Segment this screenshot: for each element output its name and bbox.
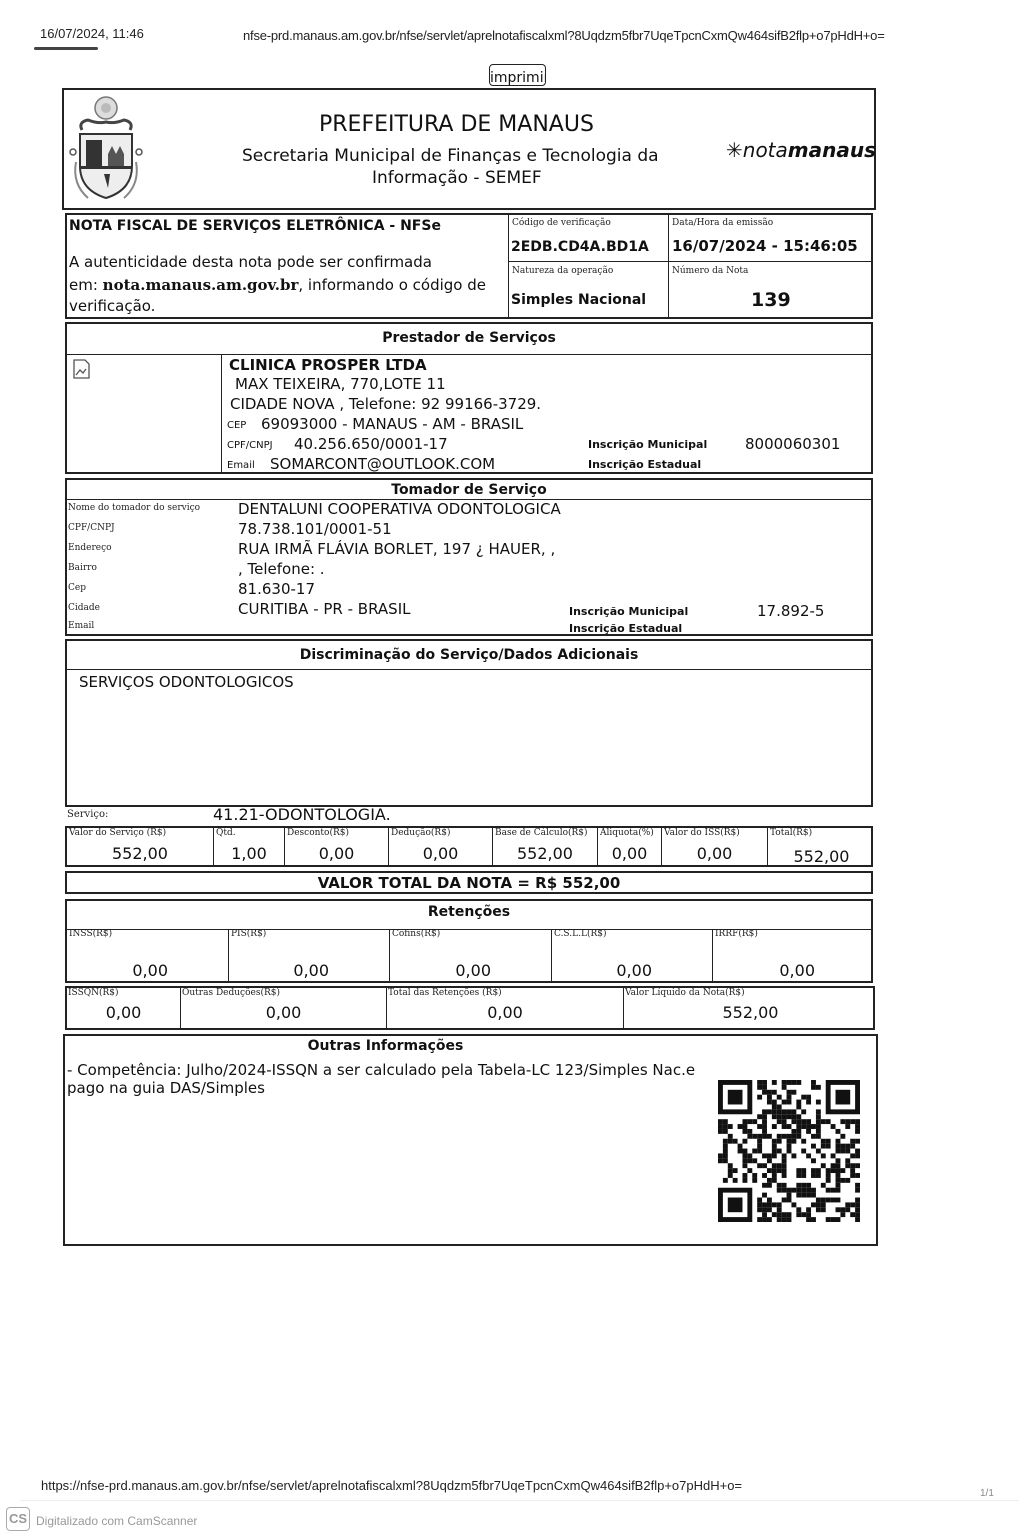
camscanner-logo-icon: CS	[6, 1507, 30, 1531]
qr-code-icon[interactable]	[718, 1076, 860, 1226]
outras-line2: pago na guia DAS/Simples	[67, 1079, 265, 1097]
retencao-cell: ISSQN(R$)0,00	[67, 988, 180, 1028]
valor-cell: Dedução(R$)0,00	[388, 828, 492, 865]
retencao-value: 552,00	[624, 1003, 877, 1022]
valor-value: 552,00	[67, 844, 213, 863]
prestador-section-title: Prestador de Serviços	[67, 330, 871, 346]
valor-label: Desconto(R$)	[287, 828, 349, 838]
tomador-field-label: Bairro	[68, 563, 97, 573]
camscanner-watermark: Digitalizado com CamScanner	[36, 1514, 197, 1528]
retencao-label: Total das Retenções (R$)	[388, 988, 502, 998]
valor-cell: Qtd.1,00	[213, 828, 284, 865]
retencao-label: C.S.L.L(R$)	[554, 929, 606, 939]
valor-value: 0,00	[598, 844, 661, 863]
retencao-value: 0,00	[616, 961, 652, 980]
prestador-cnpj-value: 40.256.650/0001-17	[294, 435, 448, 453]
tomador-section-title: Tomador de Serviço	[67, 482, 871, 498]
valor-cell: Valor do ISS(R$)0,00	[661, 828, 767, 865]
valor-value: 0,00	[285, 844, 388, 863]
tomador-box: Tomador de Serviço Nome do tomador do se…	[65, 478, 873, 636]
natureza-value: Simples Nacional	[511, 292, 646, 308]
pen-mark	[34, 47, 98, 50]
data-emissao-label: Data/Hora da emissão	[672, 218, 773, 228]
valor-value: 0,00	[389, 844, 492, 863]
retencao-value: 0,00	[387, 1003, 623, 1022]
natureza-label: Natureza da operação	[512, 266, 613, 276]
page-number: 1/1	[980, 1488, 994, 1499]
header-title: PREFEITURA DE MANAUS	[319, 112, 594, 137]
tomador-field-value: DENTALUNI COOPERATIVA ODONTOLOGICA	[238, 500, 561, 518]
retencao-label: ISSQN(R$)	[68, 988, 119, 998]
valor-value: 1,00	[214, 844, 284, 863]
tomador-field-value: , Telefone: .	[238, 560, 325, 578]
header-box: PREFEITURA DE MANAUS Secretaria Municipa…	[62, 88, 876, 210]
auth-line3: verificação.	[69, 297, 155, 315]
tomador-field-label: Nome do tomador do serviço	[68, 503, 200, 513]
auth-site-link[interactable]: nota.manaus.am.gov.br	[103, 276, 299, 294]
prestador-email-label: Email	[227, 460, 255, 471]
coat-of-arms-icon	[68, 94, 144, 206]
valor-cell: Total(R$)552,00	[767, 828, 875, 865]
auth-line2: em: nota.manaus.am.gov.br, informando o …	[69, 276, 486, 294]
valor-label: Base de Cálculo(R$)	[495, 828, 588, 838]
retencao-cell: Total das Retenções (R$)0,00	[386, 988, 623, 1028]
retencao-label: IRRF(R$)	[715, 929, 758, 939]
tomador-field-label: Cidade	[68, 603, 100, 613]
prestador-name: CLINICA PROSPER LTDA	[229, 356, 427, 374]
numero-nota-label: Número da Nota	[672, 266, 748, 276]
numero-nota-value: 139	[751, 289, 791, 311]
valor-label: Aliquota(%)	[600, 828, 654, 838]
valor-cell: Aliquota(%)0,00	[597, 828, 661, 865]
retencao-cell: C.S.L.L(R$)0,00	[551, 929, 712, 981]
tomador-field-value: 78.738.101/0001-51	[238, 520, 392, 538]
retencao-cell: Outras Deduções(R$)0,00	[180, 988, 386, 1028]
prestador-box: Prestador de Serviços CLINICA PROSPER LT…	[65, 322, 873, 474]
discriminacao-box: Discriminação do Serviço/Dados Adicionai…	[65, 639, 873, 807]
prestador-cnpj-label: CPF/CNPJ	[227, 440, 273, 451]
valor-label: Dedução(R$)	[391, 828, 450, 838]
retencao-value: 0,00	[132, 961, 168, 980]
tomador-field-label: Email	[68, 621, 94, 631]
tomador-field-value: 81.630-17	[238, 580, 315, 598]
tomador-field-label: Cep	[68, 583, 86, 593]
valor-label: Valor do ISS(R$)	[664, 828, 740, 838]
valor-value: 552,00	[493, 844, 597, 863]
valores-box: Valor do Serviço (R$)552,00Qtd.1,00Desco…	[65, 826, 873, 867]
servico-value: 41.21-ODONTOLOGIA.	[213, 805, 391, 824]
retencao-label: INSS(R$)	[69, 929, 112, 939]
prestador-cep-label: CEP	[227, 420, 246, 431]
prestador-insc-estadual-label: Inscrição Estadual	[588, 458, 701, 471]
asterisk-icon: ✳	[726, 138, 743, 162]
retencao-value: 0,00	[779, 961, 815, 980]
broken-image-icon	[71, 358, 95, 382]
outras-section-title: Outras Informações	[65, 1038, 876, 1054]
tomador-field-label: CPF/CNPJ	[68, 523, 115, 533]
prestador-district-phone: CIDADE NOVA , Telefone: 92 99166-3729.	[230, 395, 541, 413]
tomador-insc-estadual-label: Inscrição Estadual	[569, 622, 682, 635]
tomador-insc-municipal-label: Inscrição Municipal	[569, 605, 688, 618]
retencao-value: 0,00	[455, 961, 491, 980]
retencao-label: PIS(R$)	[231, 929, 266, 939]
retencao-value: 0,00	[181, 1003, 386, 1022]
header-subtitle-line1: Secretaria Municipal de Finanças e Tecno…	[242, 146, 659, 166]
valor-cell: Desconto(R$)0,00	[284, 828, 388, 865]
data-emissao-value: 16/07/2024 - 15:46:05	[672, 237, 858, 255]
retencao-value: 0,00	[67, 1003, 180, 1022]
header-subtitle-line2: Informação - SEMEF	[372, 168, 542, 188]
servico-label: Serviço:	[67, 809, 108, 820]
notamanaus-logo: ✳notamanaus	[726, 138, 876, 162]
retencao-cell: Cofins(R$)0,00	[389, 929, 551, 981]
valor-label: Total(R$)	[770, 828, 812, 838]
prestador-address: MAX TEIXEIRA, 770,LOTE 11	[235, 375, 446, 393]
nfse-doc-title: NOTA FISCAL DE SERVIÇOS ELETRÔNICA - NFS…	[69, 218, 441, 234]
valor-cell: Valor do Serviço (R$)552,00	[67, 828, 213, 865]
valor-total-box: VALOR TOTAL DA NOTA = R$ 552,00	[65, 871, 873, 894]
tomador-insc-municipal-value: 17.892-5	[757, 602, 824, 620]
retencao-cell: INSS(R$)0,00	[67, 929, 228, 981]
valor-value: 0,00	[662, 844, 767, 863]
prestador-insc-municipal-value: 8000060301	[745, 435, 840, 453]
prestador-insc-municipal-label: Inscrição Municipal	[588, 438, 707, 451]
valor-label: Qtd.	[216, 828, 236, 838]
nfse-info-box: NOTA FISCAL DE SERVIÇOS ELETRÔNICA - NFS…	[65, 213, 873, 319]
retencao-label: Outras Deduções(R$)	[182, 988, 280, 998]
retencao-cell: Valor Líquido da Nota(R$)552,00	[623, 988, 877, 1028]
retencao-cell: PIS(R$)0,00	[228, 929, 389, 981]
outras-line1: - Competência: Julho/2024-ISSQN a ser ca…	[67, 1061, 695, 1079]
footer-divider	[20, 1500, 1019, 1501]
retencoes-box: Retenções INSS(R$)0,00PIS(R$)0,00Cofins(…	[65, 899, 873, 983]
retencao-label: Cofins(R$)	[392, 929, 440, 939]
discriminacao-section-title: Discriminação do Serviço/Dados Adicionai…	[67, 647, 871, 663]
print-button[interactable]: imprimir	[489, 64, 546, 86]
retencoes-section-title: Retenções	[67, 904, 871, 920]
outras-info-box: Outras Informações - Competência: Julho/…	[63, 1034, 878, 1246]
tomador-field-label: Endereço	[68, 543, 112, 553]
page-url: nfse-prd.manaus.am.gov.br/nfse/servlet/a…	[243, 28, 885, 43]
tomador-field-value: RUA IRMÃ FLÁVIA BORLET, 197 ¿ HAUER, ,	[238, 540, 555, 558]
retencao-value: 0,00	[293, 961, 329, 980]
footer-url: https://nfse-prd.manaus.am.gov.br/nfse/s…	[41, 1478, 742, 1493]
discriminacao-text: SERVIÇOS ODONTOLOGICOS	[79, 673, 294, 691]
valor-value: 552,00	[768, 847, 875, 866]
codigo-label: Código de verificação	[512, 218, 611, 228]
print-datetime: 16/07/2024, 11:46	[40, 26, 144, 41]
tomador-field-value: CURITIBA - PR - BRASIL	[238, 600, 410, 618]
prestador-email-value: SOMARCONT@OUTLOOK.COM	[270, 455, 495, 473]
valor-cell: Base de Cálculo(R$)552,00	[492, 828, 597, 865]
auth-line1: A autenticidade desta nota pode ser conf…	[69, 253, 432, 271]
codigo-value: 2EDB.CD4A.BD1A	[511, 239, 649, 255]
retencoes-row2-box: ISSQN(R$)0,00Outras Deduções(R$)0,00Tota…	[65, 986, 875, 1030]
retencao-label: Valor Líquido da Nota(R$)	[625, 988, 745, 998]
valor-total-text: VALOR TOTAL DA NOTA = R$ 552,00	[67, 874, 871, 892]
prestador-cep-value: 69093000 - MANAUS - AM - BRASIL	[261, 415, 523, 433]
valor-label: Valor do Serviço (R$)	[69, 828, 166, 838]
retencao-cell: IRRF(R$)0,00	[712, 929, 875, 981]
